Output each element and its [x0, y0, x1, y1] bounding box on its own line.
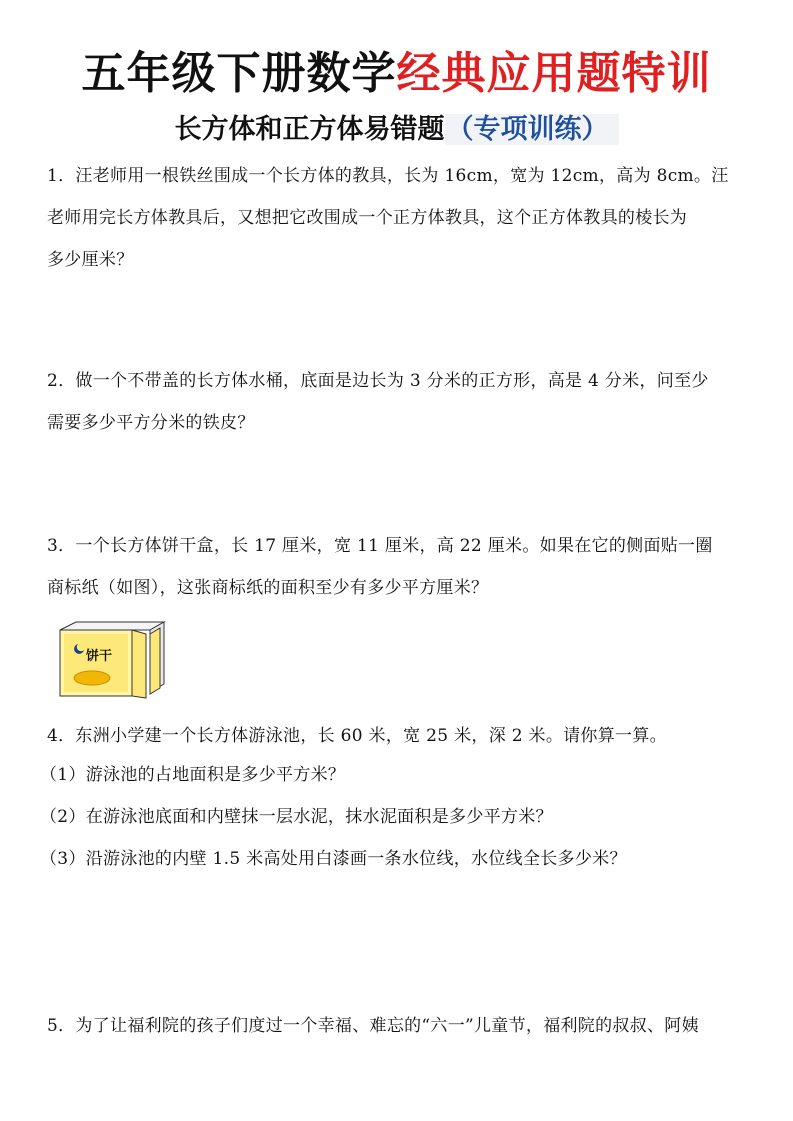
subtitle-black-part: 长方体和正方体易错题: [175, 114, 445, 145]
question-number: 5．: [47, 1016, 75, 1036]
question-4-line-1: 4．东洲小学建一个长方体游泳池，长 60 米，宽 25 米，深 2 米。请你算一…: [47, 715, 752, 757]
page-subtitle: 长方体和正方体易错题（专项训练）: [0, 112, 793, 148]
biscuit-box-figure: 饼干: [46, 618, 166, 702]
question-3-line-1: 3．一个长方体饼干盒，长 17 厘米，宽 11 厘米，高 22 厘米。如果在它的…: [47, 525, 752, 567]
page-title: 五年级下册数学经典应用题特训: [0, 46, 793, 102]
question-number: 2．: [47, 371, 75, 391]
title-black-part: 五年级下册数学: [82, 48, 397, 99]
question-5-line-1: 5．为了让福利院的孩子们度过一个幸福、难忘的“六一”儿童节，福利院的叔叔、阿姨: [47, 1005, 752, 1047]
question-number: 1．: [47, 166, 75, 186]
question-3-line-2: 商标纸（如图），这张商标纸的面积至少有多少平方厘米？: [47, 567, 752, 609]
question-1: 1．汪老师用一根铁丝围成一个长方体的教具，长为 16cm，宽为 12cm，高为 …: [47, 155, 752, 281]
biscuit-label: 饼干: [86, 648, 112, 664]
question-2: 2．做一个不带盖的长方体水桶，底面是边长为 3 分米的正方形，高是 4 分米，问…: [47, 360, 752, 444]
question-4-sub-1: （1）游泳池的占地面积是多少平方米？: [40, 762, 345, 788]
title-red-part: 经典应用题特训: [397, 48, 712, 99]
question-4: 4．东洲小学建一个长方体游泳池，长 60 米，宽 25 米，深 2 米。请你算一…: [47, 715, 752, 757]
question-number: 4．: [47, 726, 75, 746]
question-1-line-1: 1．汪老师用一根铁丝围成一个长方体的教具，长为 16cm，宽为 12cm，高为 …: [47, 155, 752, 197]
question-4-sub-2: （2）在游泳池底面和内壁抹一层水泥，抹水泥面积是多少平方米？: [40, 804, 553, 830]
question-2-line-2: 需要多少平方分米的铁皮？: [47, 402, 752, 444]
question-5: 5．为了让福利院的孩子们度过一个幸福、难忘的“六一”儿童节，福利院的叔叔、阿姨: [47, 1005, 752, 1047]
question-number: 3．: [47, 536, 75, 556]
question-1-line-2: 老师用完长方体教具后，又想把它改围成一个正方体教具，这个正方体教具的棱长为: [47, 197, 752, 239]
subtitle-blue-part: （专项训练）: [445, 114, 619, 145]
question-3: 3．一个长方体饼干盒，长 17 厘米，宽 11 厘米，高 22 厘米。如果在它的…: [47, 525, 752, 609]
question-1-line-3: 多少厘米？: [47, 239, 752, 281]
question-2-line-1: 2．做一个不带盖的长方体水桶，底面是边长为 3 分米的正方形，高是 4 分米，问…: [47, 360, 752, 402]
question-4-sub-3: （3）沿游泳池的内壁 1.5 米高处用白漆画一条水位线，水位线全长多少米？: [40, 846, 627, 872]
